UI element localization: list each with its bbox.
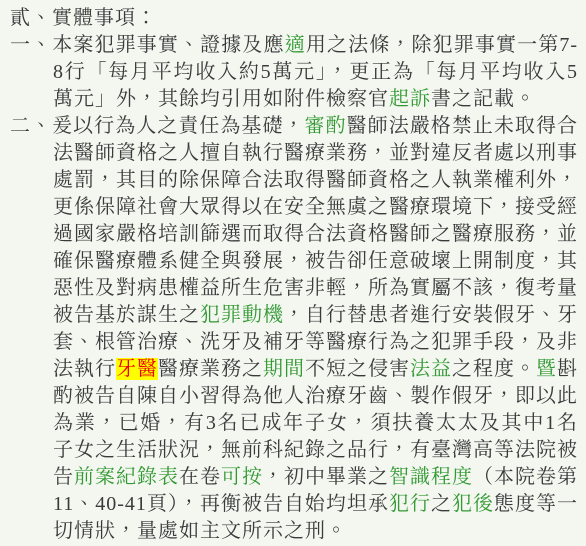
text-segment: 醫療業務之 xyxy=(158,358,263,380)
emphasized-term: 起訴 xyxy=(389,88,431,110)
emphasized-term: 審酌 xyxy=(305,115,347,137)
emphasized-term: 智識程度 xyxy=(389,466,473,488)
emphasized-term: 期間 xyxy=(263,358,305,380)
text-segment: 之程度。 xyxy=(452,358,536,380)
document-page: 貳、實體事項： 一、本案犯罪事實、證據及應適用之法條，除犯罪事實一第7-8行「每… xyxy=(0,0,586,546)
emphasized-term: 暨 xyxy=(536,358,557,380)
emphasized-term: 犯行 xyxy=(389,493,431,515)
text-segment: 在卷 xyxy=(179,466,221,488)
section-heading: 貳、實體事項： xyxy=(10,5,578,32)
highlighted-term: 牙醫 xyxy=(116,358,158,380)
text-segment: 醫師法嚴格禁止未取得合法醫師資格之人擅自執行醫療業務，並對違反者處以刑事處罰，其… xyxy=(53,115,578,326)
text-segment: 一、本案犯罪事實、證據及應 xyxy=(10,34,285,56)
emphasized-term: 法益 xyxy=(410,358,452,380)
text-segment: 二、爰以行為人之責任為基礎， xyxy=(10,115,305,137)
emphasized-term: 犯後 xyxy=(452,493,494,515)
text-segment: 書之記載。 xyxy=(431,88,536,110)
emphasized-term: 犯罪動機 xyxy=(200,304,284,326)
text-segment: ，初中畢業之 xyxy=(263,466,389,488)
emphasized-term: 可按 xyxy=(221,466,263,488)
text-segment: 不短之侵害 xyxy=(305,358,410,380)
text-segment: 貳、實體事項： xyxy=(10,7,157,29)
emphasized-term: 前案紀錄表 xyxy=(74,466,179,488)
paragraph-item-two: 二、爰以行為人之責任為基礎，審酌醫師法嚴格禁止未取得合法醫師資格之人擅自執行醫療… xyxy=(10,113,578,545)
paragraph-item-one: 一、本案犯罪事實、證據及應適用之法條，除犯罪事實一第7-8行「每月平均收入約5萬… xyxy=(10,32,578,113)
text-segment: 之 xyxy=(431,493,452,515)
emphasized-term: 適 xyxy=(285,34,306,56)
